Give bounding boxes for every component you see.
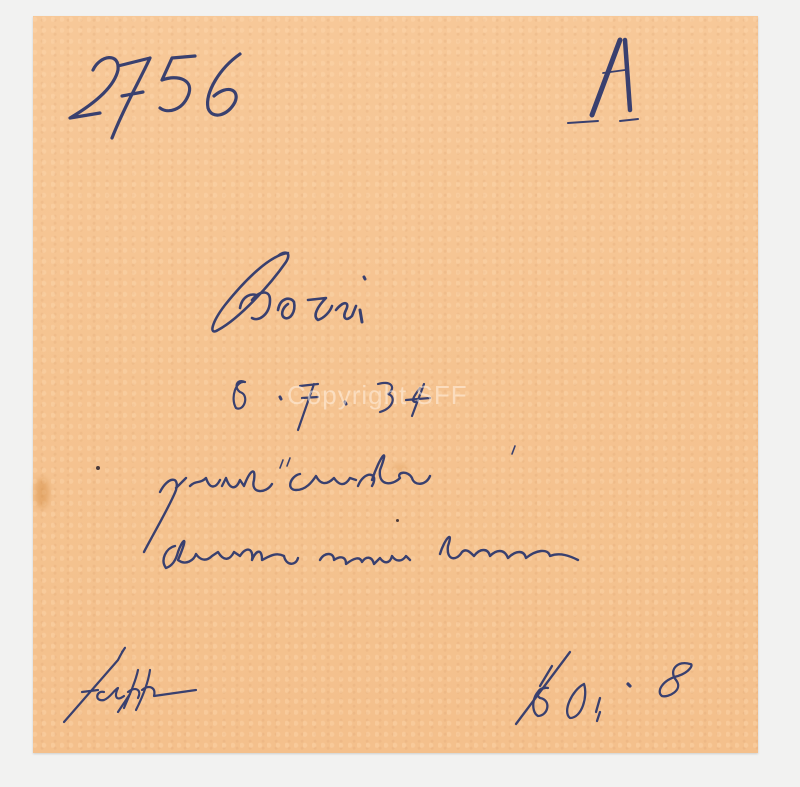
copyright-watermark: Copyright SFF	[287, 380, 468, 411]
